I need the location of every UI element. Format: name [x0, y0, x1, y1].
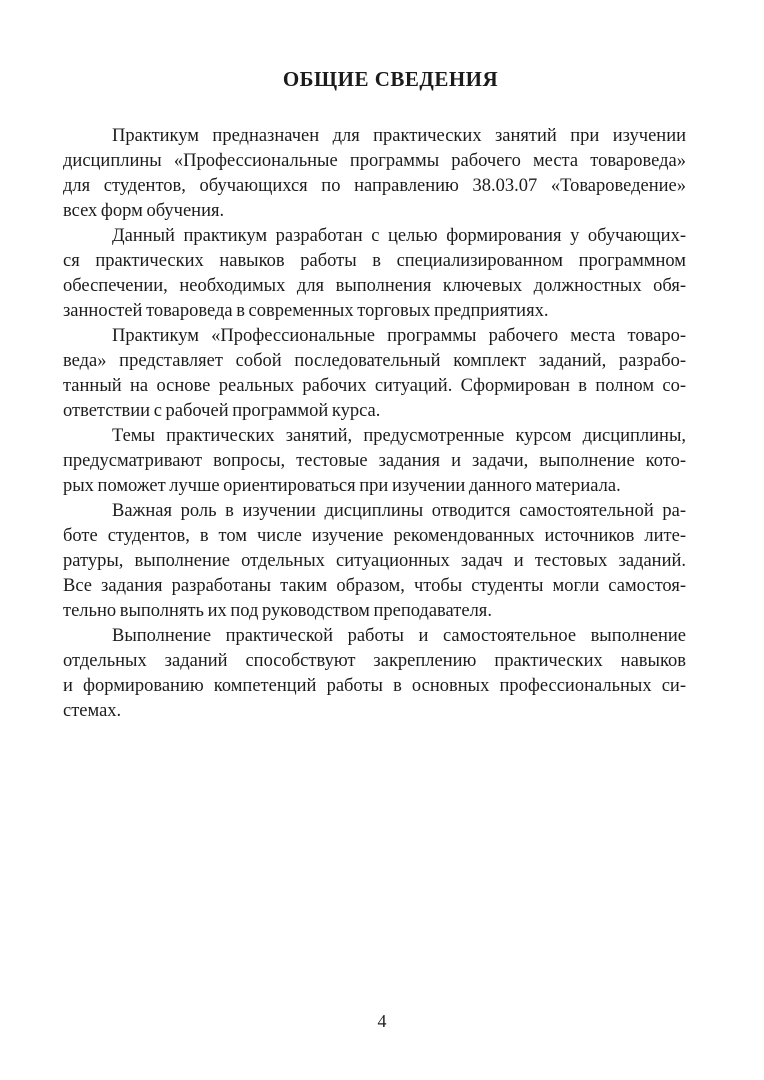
text-line: обеспечении, необходимых для выполнения … [63, 274, 686, 299]
paragraph-3: Практикум «Профессиональные программы ра… [63, 324, 686, 424]
document-body: Практикум предназначен для практических … [63, 124, 686, 724]
text-line: предусматривают вопросы, тестовые задани… [63, 449, 686, 474]
text-line: боте студентов, в том числе изучение рек… [63, 524, 686, 549]
text-line: Данный практикум разработан с целью форм… [63, 224, 686, 249]
text-line: танный на основе реальных рабочих ситуац… [63, 374, 686, 399]
paragraph-6: Выполнение практической работы и самосто… [63, 624, 686, 724]
text-line: Все задания разработаны таким образом, ч… [63, 574, 686, 599]
paragraph-1: Практикум предназначен для практических … [63, 124, 686, 224]
page-number: 4 [0, 1010, 764, 1032]
text-line: всех форм обучения. [63, 199, 686, 224]
text-line: ся практических навыков работы в специал… [63, 249, 686, 274]
text-line: рых поможет лучше ориентироваться при из… [63, 474, 686, 499]
text-line: Темы практических занятий, предусмотренн… [63, 424, 686, 449]
text-line: Важная роль в изучении дисциплины отводи… [63, 499, 686, 524]
text-line: для студентов, обучающихся по направлени… [63, 174, 686, 199]
text-line: ратуры, выполнение отдельных ситуационны… [63, 549, 686, 574]
paragraph-4: Темы практических занятий, предусмотренн… [63, 424, 686, 499]
text-line: стемах. [63, 699, 686, 724]
text-line: Практикум «Профессиональные программы ра… [63, 324, 686, 349]
text-line: и формированию компетенций работы в осно… [63, 674, 686, 699]
text-line: ответствии с рабочей программой курса. [63, 399, 686, 424]
text-line: отдельных заданий способствуют закреплен… [63, 649, 686, 674]
text-line: занностей товароведа в современных торго… [63, 299, 686, 324]
text-line: веда» представляет собой последовательны… [63, 349, 686, 374]
text-line: дисциплины «Профессиональные программы р… [63, 149, 686, 174]
page-title: ОБЩИЕ СВЕДЕНИЯ [63, 66, 686, 92]
text-line: Выполнение практической работы и самосто… [63, 624, 686, 649]
paragraph-5: Важная роль в изучении дисциплины отводи… [63, 499, 686, 624]
document-page: ОБЩИЕ СВЕДЕНИЯ Практикум предназначен дл… [0, 0, 764, 1080]
paragraph-2: Данный практикум разработан с целью форм… [63, 224, 686, 324]
text-line: тельно выполнять их под руководством пре… [63, 599, 686, 624]
text-column: ОБЩИЕ СВЕДЕНИЯ Практикум предназначен дл… [63, 66, 686, 724]
text-line: Практикум предназначен для практических … [63, 124, 686, 149]
